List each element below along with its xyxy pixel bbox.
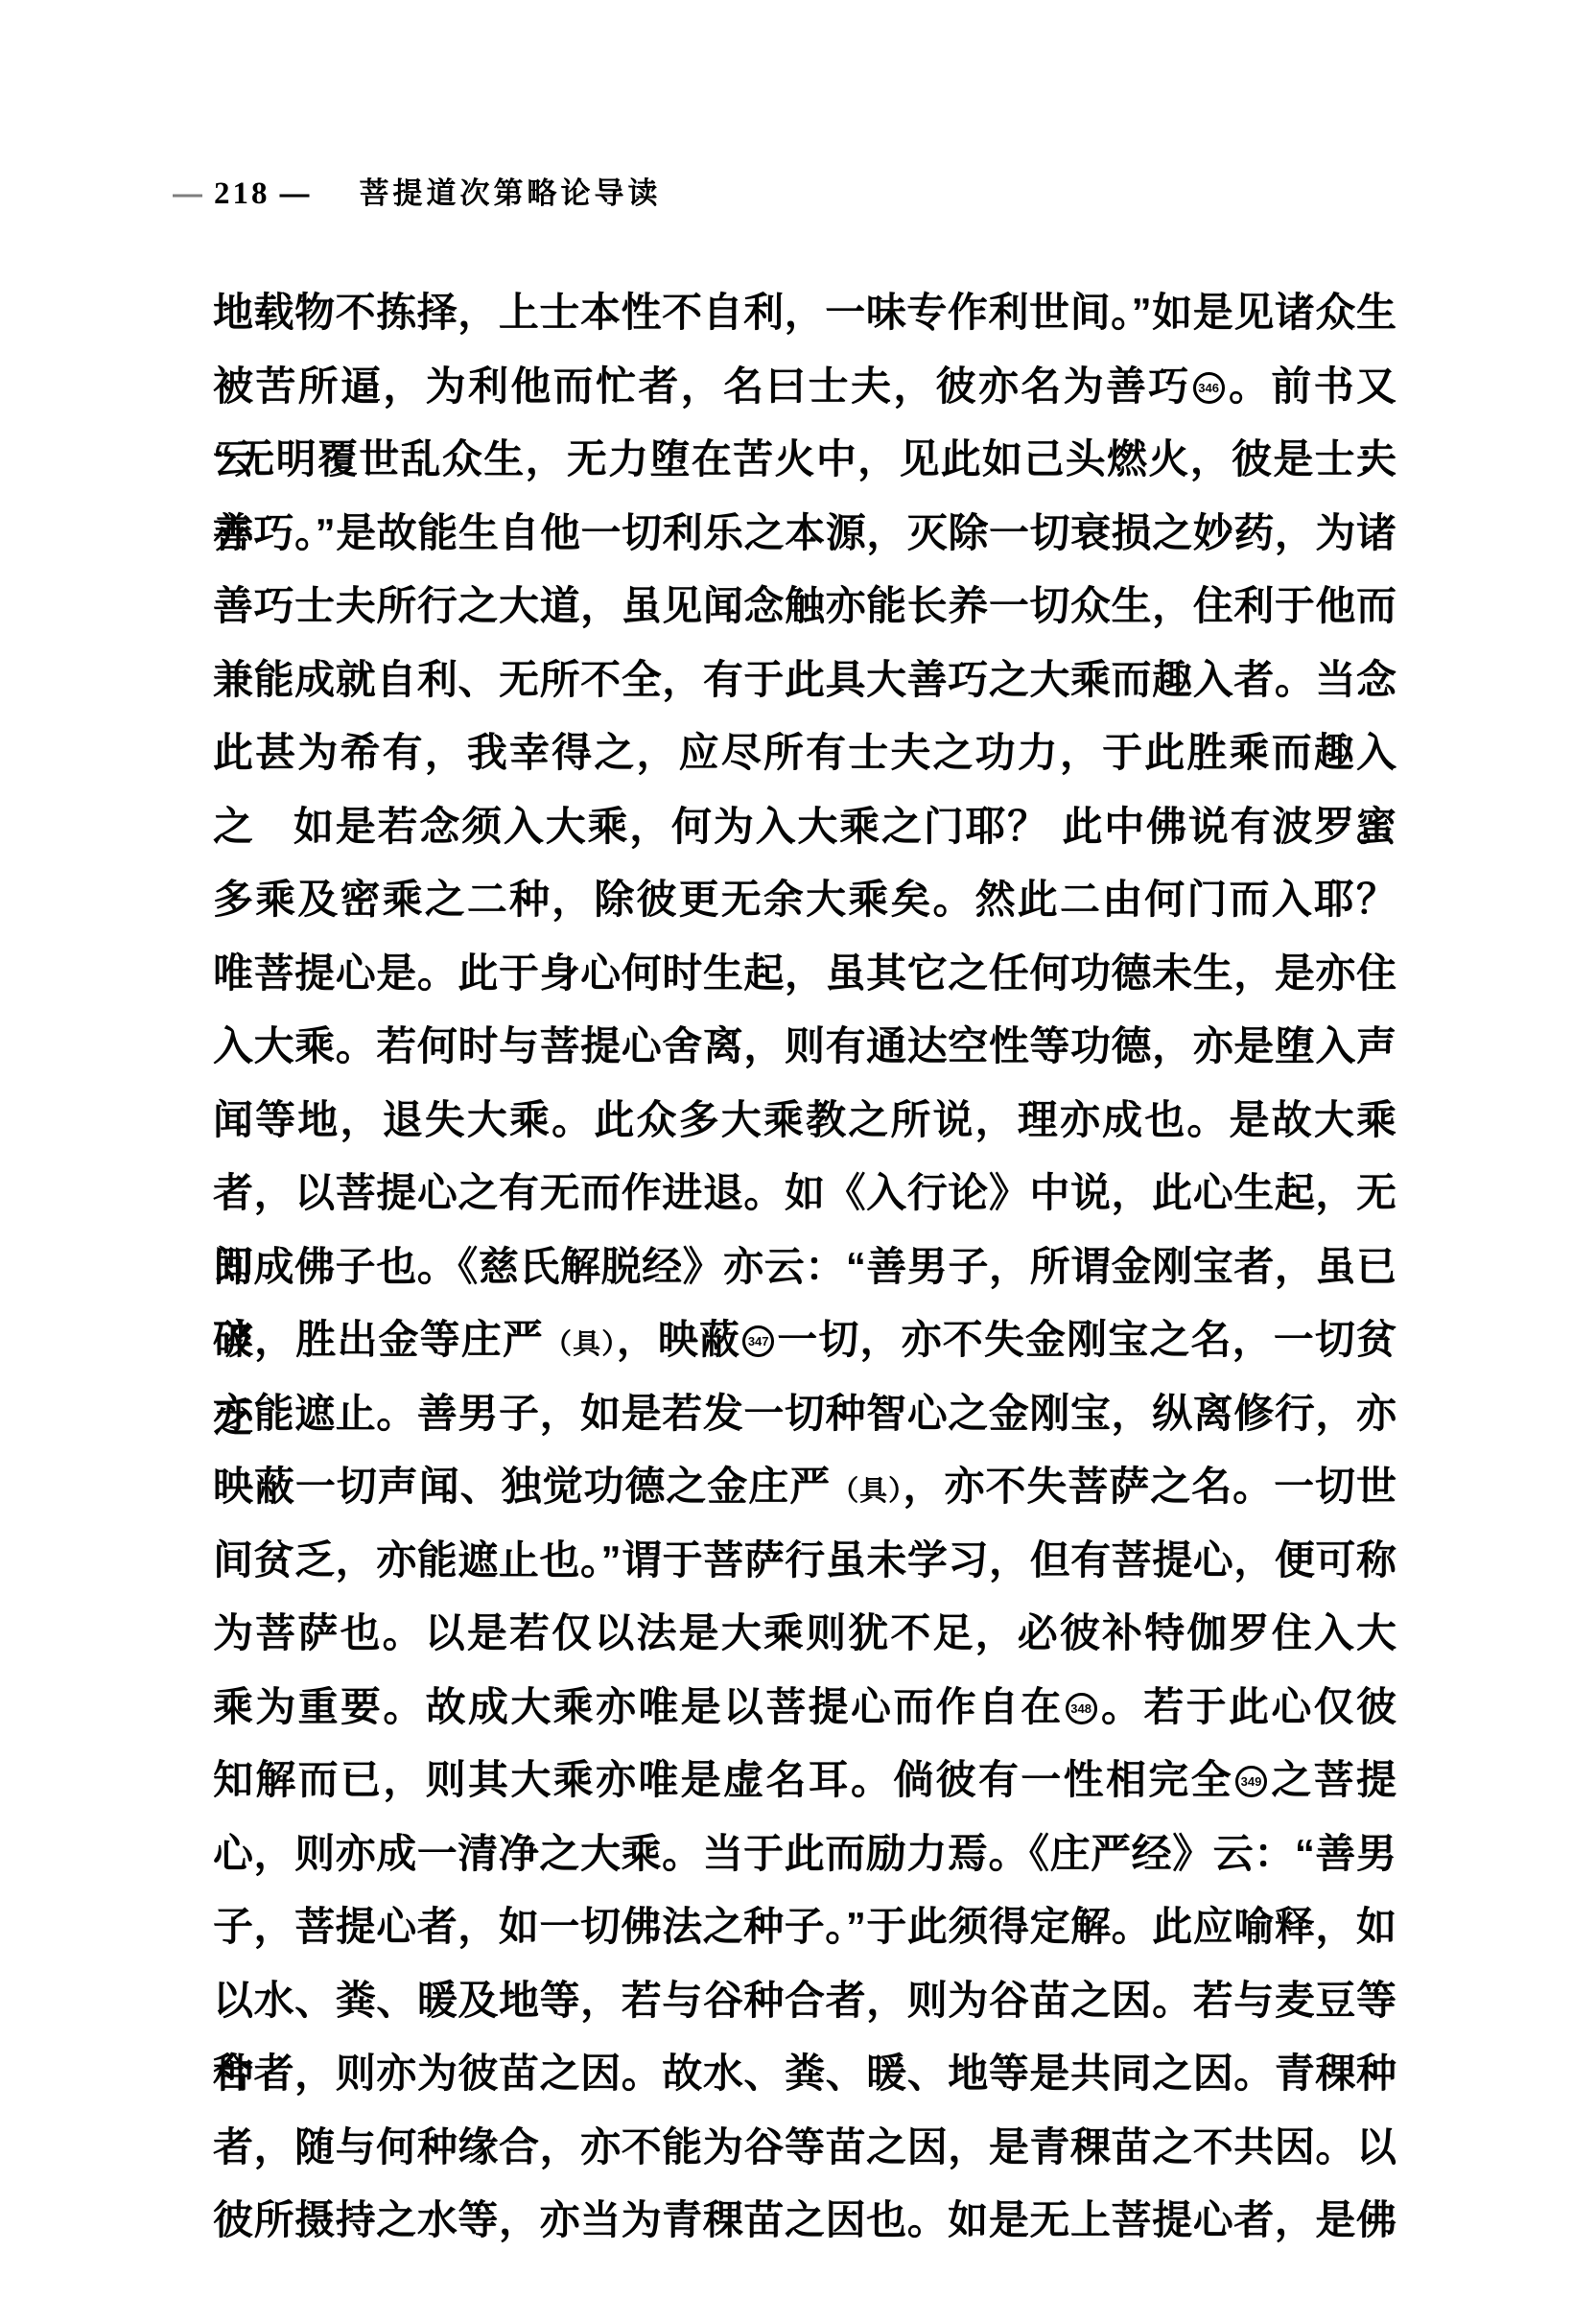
text-segment: 入大乘。若何时与菩提心舍离，则有通达空性等功德，亦是堕入声	[213, 1023, 1396, 1068]
text-line: 多乘及密乘之二种，除彼更无余大乘矣。然此二由何门而入耶？	[213, 863, 1396, 937]
text-segment: 如是若念须入大乘，何为入大乘之门耶？ 此中佛说有波罗蜜	[293, 804, 1396, 849]
text-line: 合者，则亦为彼苗之因。故水、粪、暖、地等是共同之因。青稞种	[213, 2037, 1396, 2111]
text-line: 以水、粪、暖及地等，若与谷种合者，则为谷苗之因。若与麦豆等种	[213, 1964, 1396, 2038]
text-segment: 善巧。”是故能生自他一切利乐之本源，灭除一切衰损之妙药，为诸	[213, 510, 1396, 555]
text-line: 入大乘。若何时与菩提心舍离，则有通达空性等功德，亦是堕入声	[213, 1010, 1396, 1084]
folio-dash-left: —	[173, 176, 204, 211]
text-segment: 唯菩提心是。此于身心何时生起，虽其它之任何功德未生，是亦住	[213, 950, 1396, 996]
text-segment: 为菩萨也。以是若仅以法是大乘则犹不足，必彼补特伽罗住入大	[213, 1610, 1396, 1655]
text-line: 彼所摄持之水等，亦当为青稞苗之因也。如是无上菩提心者，是佛	[213, 2184, 1396, 2258]
text-segment: 亦能遮止。善男子，如是若发一切种智心之金刚宝，纵离修行，亦	[213, 1391, 1396, 1436]
text-segment: 地载物不拣择，上士本性不自利，一味专作利世间。”如是见诸众生	[213, 290, 1396, 335]
text-line: 即成佛子也。《慈氏解脱经》亦云：“善男子，所谓金刚宝者，虽已破	[213, 1231, 1396, 1304]
scanned-book-page: — 218 — 菩提道次第略论导读 地载物不拣择，上士本性不自利，一味专作利世间…	[0, 0, 1596, 2298]
text-segment: 乘为重要。故成大乘亦唯是以菩提心而作自在	[213, 1684, 1064, 1729]
text-segment: 映蔽一切声闻、独觉功德之金庄严	[213, 1464, 831, 1509]
inline-note: （具）	[831, 1476, 903, 1507]
text-line: 唯菩提心是。此于身心何时生起，虽其它之任何功德未生，是亦住	[213, 937, 1396, 1011]
footnote-ref: 347	[742, 1325, 774, 1357]
text-line: 如是若念须入大乘，何为入大乘之门耶？ 此中佛说有波罗蜜	[213, 790, 1396, 864]
text-line: 乘为重要。故成大乘亦唯是以菩提心而作自在348。若于此心仅彼	[213, 1671, 1396, 1745]
footnote-ref: 349	[1235, 1766, 1267, 1797]
text-line: 者，随与何种缘合，亦不能为谷等苗之因，是青稞苗之不共因。以	[213, 2111, 1396, 2185]
text-line: 兼能成就自利、无所不全，有于此具大善巧之大乘而趣入者。当念	[213, 644, 1396, 717]
text-line: 子，菩提心者，如一切佛法之种子。”于此须得定解。此应喻释，如	[213, 1890, 1396, 1964]
book-title: 菩提道次第略论导读	[360, 169, 662, 212]
text-line: 映蔽一切声闻、独觉功德之金庄严（具），亦不失菩萨之名。一切世	[213, 1450, 1396, 1524]
text-line: 善巧士夫所行之大道，虽见闻念触亦能长养一切众生，住利于他而	[213, 570, 1396, 644]
text-segment: 知解而已，则其大乘亦唯是虚名耳。倘彼有一性相完全	[213, 1757, 1233, 1802]
running-head: — 218 — 菩提道次第略论导读	[173, 169, 662, 212]
footnote-ref: 348	[1066, 1693, 1097, 1724]
text-line: 此甚为希有，我幸得之，应尽所有士夫之功力，于此胜乘而趣入之。	[213, 716, 1396, 790]
folio-dash-right: —	[280, 176, 312, 211]
footnote-ref: 346	[1193, 372, 1225, 404]
text-segment: 闻等地，退失大乘。此众多大乘教之所说，理亦成也。是故大乘	[213, 1097, 1396, 1142]
text-line: 为菩萨也。以是若仅以法是大乘则犹不足，必彼补特伽罗住入大	[213, 1597, 1396, 1671]
text-line: 被苦所逼，为利他而忙者，名曰士夫，彼亦名为善巧346。前书又云：	[213, 350, 1396, 424]
text-segment: 被苦所逼，为利他而忙者，名曰士夫，彼亦名为善巧	[213, 363, 1191, 409]
text-line: 心，则亦成一清净之大乘。当于此而励力焉。《庄严经》云：“善男	[213, 1817, 1396, 1891]
text-line: 善巧。”是故能生自他一切利乐之本源，灭除一切衰损之妙药，为诸	[213, 497, 1396, 571]
inline-note: （具）	[544, 1329, 617, 1360]
text-line: 间贫乏，亦能遮止也。”谓于菩萨行虽未学习，但有菩提心，便可称	[213, 1524, 1396, 1598]
text-block: 地载物不拣择，上士本性不自利，一味专作利世间。”如是见诸众生被苦所逼，为利他而忙…	[213, 276, 1396, 2258]
text-segment: ，映蔽	[617, 1317, 740, 1362]
text-segment: 合者，则亦为彼苗之因。故水、粪、暖、地等是共同之因。青稞种	[213, 2051, 1396, 2096]
text-segment: 彼所摄持之水等，亦当为青稞苗之因也。如是无上菩提心者，是佛	[213, 2197, 1396, 2242]
text-line: 碎，胜出金等庄严（具），映蔽347一切，亦不失金刚宝之名，一切贫乏	[213, 1303, 1396, 1377]
text-segment: 子，菩提心者，如一切佛法之种子。”于此须得定解。此应喻释，如	[213, 1904, 1396, 1949]
text-segment: 多乘及密乘之二种，除彼更无余大乘矣。然此二由何门而入耶？	[213, 877, 1396, 922]
text-segment: 之菩提	[1269, 1757, 1396, 1802]
text-line: 地载物不拣择，上士本性不自利，一味专作利世间。”如是见诸众生	[213, 276, 1396, 350]
text-segment: 。若于此心仅彼	[1099, 1684, 1396, 1729]
text-segment: 心，则亦成一清净之大乘。当于此而励力焉。《庄严经》云：“善男	[213, 1831, 1396, 1876]
text-line: 者，以菩提心之有无而作进退。如《入行论》中说，此心生起，无间	[213, 1157, 1396, 1231]
text-segment: 善巧士夫所行之大道，虽见闻念触亦能长养一切众生，住利于他而	[213, 583, 1396, 628]
text-segment: ，亦不失菩萨之名。一切世	[904, 1464, 1396, 1509]
text-line: 知解而已，则其大乘亦唯是虚名耳。倘彼有一性相完全349之菩提	[213, 1744, 1396, 1817]
text-line: 亦能遮止。善男子，如是若发一切种智心之金刚宝，纵离修行，亦	[213, 1377, 1396, 1451]
text-segment: 碎，胜出金等庄严	[213, 1317, 544, 1362]
text-segment: 兼能成就自利、无所不全，有于此具大善巧之大乘而趣入者。当念	[213, 657, 1396, 702]
text-segment: 者，随与何种缘合，亦不能为谷等苗之因，是青稞苗之不共因。以	[213, 2124, 1396, 2169]
text-segment: 间贫乏，亦能遮止也。”谓于菩萨行虽未学习，但有菩提心，便可称	[213, 1537, 1396, 1583]
text-line: “无明覆世乱众生，无力堕在苦火中，见此如己头燃火，彼是士夫亦	[213, 423, 1396, 497]
page-number: 218	[214, 176, 270, 212]
text-line: 闻等地，退失大乘。此众多大乘教之所说，理亦成也。是故大乘	[213, 1084, 1396, 1158]
